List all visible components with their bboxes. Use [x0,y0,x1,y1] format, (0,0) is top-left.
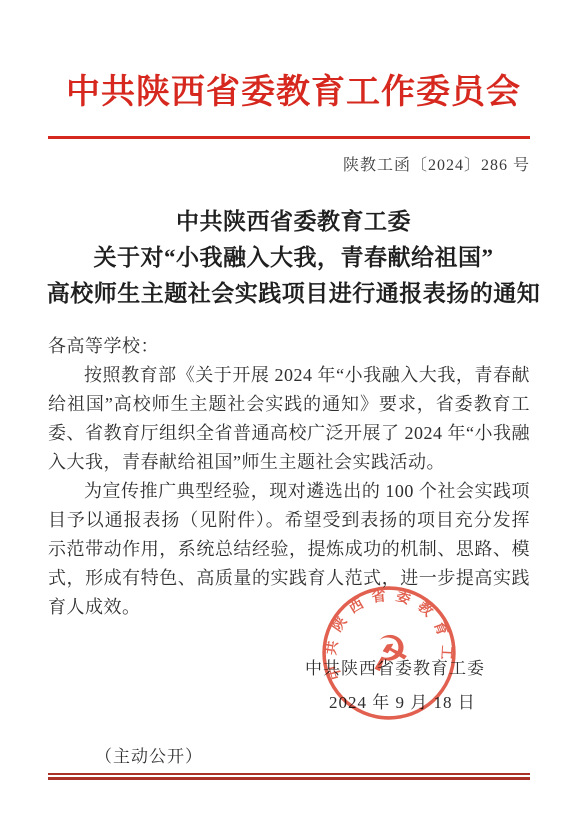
title-line-3: 高校师生主题社会实践项目进行通报表扬的通知 [0,276,587,312]
body-paragraph-1: 按照教育部《关于开展 2024 年“小我融入大我，青春献给祖国”高校师生主题社会… [48,361,530,477]
title-line-2: 关于对“小我融入大我，青春献给祖国” [0,240,587,276]
notice-title: 中共陕西省委教育工委 关于对“小我融入大我，青春献给祖国” 高校师生主题社会实践… [0,204,587,312]
footer-divider-thick-line [48,777,530,780]
official-seal: 中共陕西省委教育工作委员会 ☭ [307,571,472,736]
title-line-1: 中共陕西省委教育工委 [0,204,587,240]
letterhead-org-name: 中共陕西省委教育工作委员会 [0,64,587,113]
footer-divider [48,773,530,780]
document-number: 陕教工函〔2024〕286 号 [343,152,530,175]
disclosure-note: （主动公开） [95,742,203,767]
hammer-sickle-icon: ☭ [364,624,415,684]
body-paragraph-2: 为宣传推广典型经验，现对遴选出的 100 个社会实践项目予以通报表扬（见附件）。… [48,477,530,622]
salutation: 各高等学校： [48,332,530,361]
notice-body: 各高等学校： 按照教育部《关于开展 2024 年“小我融入大我，青春献给祖国”高… [48,332,530,622]
document-page: 中共陕西省委教育工作委员会 陕教工函〔2024〕286 号 中共陕西省委教育工委… [0,0,587,831]
letterhead-divider [48,136,530,139]
